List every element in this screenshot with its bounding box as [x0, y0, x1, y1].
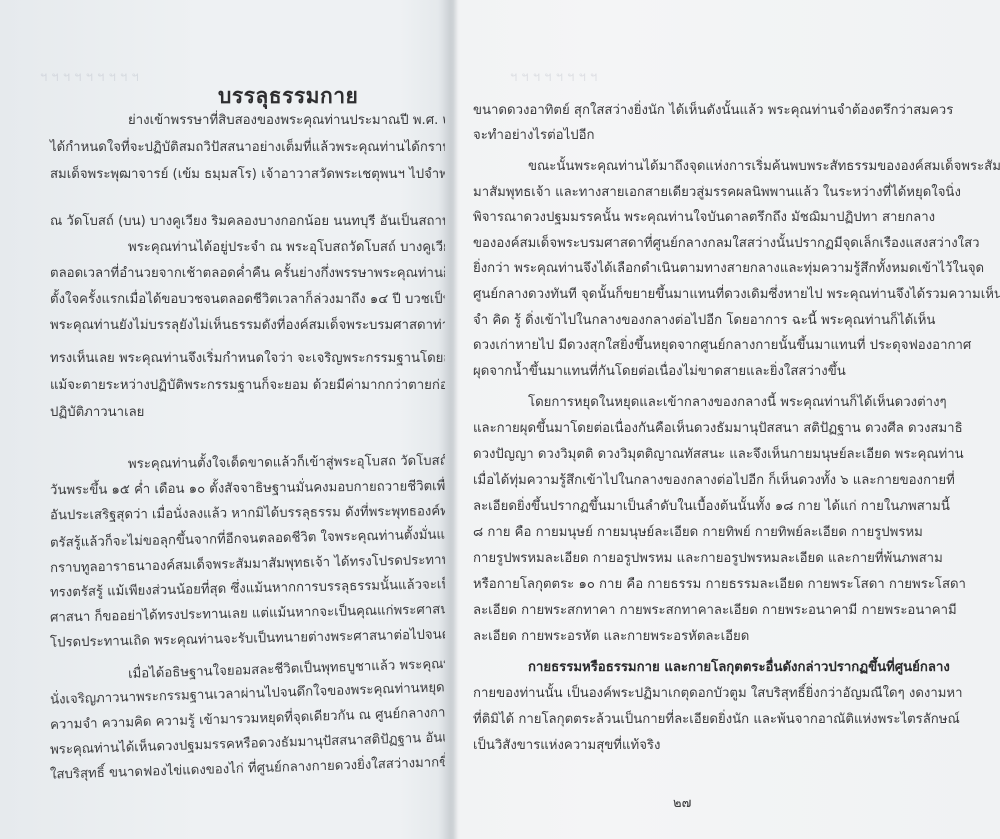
- left-page: บรรลุธรรมกาย ย่างเข้าพรรษาที่สิบสองของพร…: [0, 0, 445, 839]
- text-line: ยิ่งกว่า พระคุณท่านจึงได้เลือกดำเนินตามท…: [473, 258, 984, 280]
- text-line: จำ คิด รู้ ดิ่งเข้าไปในกลางของกลางต่อไปอ…: [473, 310, 935, 332]
- text-line: ละเอียด กายพระสกทาคา กายพระสกทาคาละเอียด…: [473, 600, 957, 622]
- chapter-title: บรรลุธรรมกาย: [218, 80, 358, 113]
- text-line: มาสัมพุทธเจ้า และทางสายเอกสายเดียวสู่มรร…: [473, 182, 961, 204]
- text-line: ดวงเก่าหายไป มีดวงสุกใสยิ่งขึ้นหยุดจากศู…: [473, 335, 971, 357]
- text-line: ศูนย์กลางดวงทันที จุดนั้นก็ขยายขึ้นมาแทน…: [473, 284, 1000, 306]
- text-line: จะทำอย่างไรต่อไปอีก: [473, 125, 595, 147]
- page-number: ๒๗: [673, 792, 691, 813]
- text-line: ผุดจากน้ำขึ้นมาแทนที่กันโดยต่อเนื่องไม่ข…: [473, 361, 846, 383]
- text-line: กายรูปพรหมละเอียด กายอรูปพรหม และกายอรูป…: [473, 548, 943, 570]
- text-line: กายของท่านนั้น เป็นองค์พระปฏิมาเกตุดอกบั…: [473, 683, 963, 705]
- text-line: โดยการหยุดในหยุดและเข้ากลางของกลางนี้ พร…: [528, 392, 947, 414]
- text-line: กายธรรมหรือธรรมกาย และกายโลกุตตระอื่นดัง…: [528, 657, 950, 679]
- text-line: ละเอียดยิ่งขึ้นปรากฏขึ้นมาเป็นลำดับในเบื…: [473, 496, 950, 518]
- text-line: ละเอียด กายพระอรหัต และกายพระอรหัตละเอีย…: [473, 626, 749, 648]
- right-page: ขนาดดวงอาทิตย์ สุกใสสว่างยิ่งนัก ได้เห็น…: [455, 0, 1000, 839]
- text-line: หรือกายโลกุตตระ ๑๐ กาย คือ กายธรรม กายธร…: [473, 574, 966, 596]
- text-line: พระคุณท่านได้อยู่ประจำ ณ พระอุโบสถวัดโบส…: [128, 237, 445, 259]
- text-line: ที่ติมิได้ กายโลกุตตระล้วนเป็นกายที่ละเอ…: [473, 709, 960, 731]
- text-line: ตั้งใจครั้งแรกเมื่อได้ขอบวชจนตลอดชีวิตเว…: [50, 289, 445, 311]
- text-line: สมเด็จพระพุฒาจารย์ (เข้ม ธมฺมสโร) เจ้าอา…: [50, 164, 445, 186]
- text-line: พิจารณาดวงปฐมมรรคนั้น พระคุณท่านใจบันดาล…: [473, 207, 935, 229]
- text-line: ตลอดเวลาที่อำนวยจากเช้าตลอดค่ำคืน ครั้นย…: [50, 263, 445, 285]
- text-line: ขนาดดวงอาทิตย์ สุกใสสว่างยิ่งนัก ได้เห็น…: [473, 100, 953, 122]
- book-spread: ฯ ฯ ฯ ฯ ฯ ฯ ฯ ฯ ฯ ฯ ฯ ฯ ฯ ฯ ฯ ฯ ฯ บรรลุธ…: [0, 0, 1000, 839]
- text-line: ดวงปัญญา ดวงวิมุตติ ดวงวิมุตติญาณทัสสนะ …: [473, 444, 964, 466]
- text-line: ได้กำหนดใจที่จะปฏิบัติสมถวิปัสสนาอย่างเต…: [50, 137, 445, 159]
- text-line: และกายผุดขึ้นมาโดยต่อเนื่องกันคือเห็นดวง…: [473, 418, 963, 440]
- text-line: ปฏิบัติภาวนาเลย: [50, 402, 144, 424]
- text-line: วันพระขึ้น ๑๕ ค่ำ เดือน ๑๐ ตั้งสัจจาธิษฐ…: [50, 476, 445, 502]
- text-line: อันประเสริฐสุดว่า เมื่อนั่งลงแล้ว หากมิไ…: [50, 501, 445, 528]
- text-line: ทรงเห็นเลย พระคุณท่านจึงเริ่มกำหนดใจว่า …: [50, 348, 445, 370]
- text-line: ๘ กาย คือ กายมนุษย์ กายมนุษย์ละเอียด กาย…: [473, 522, 923, 544]
- text-line: พระคุณท่านยังไม่บรรลุยังไม่เห็นธรรมดังที…: [50, 315, 445, 337]
- text-line: ณ วัดโบสถ์ (บน) บางคูเวียง ริมคลองบางกอก…: [50, 211, 445, 233]
- text-line: ย่างเข้าพรรษาที่สิบสองของพระคุณท่านประมา…: [128, 110, 445, 132]
- text-line: เป็นวิสังขารแห่งความสุขที่แท้จริง: [473, 735, 660, 757]
- text-line: เมื่อได้ทุ่มความรู้สึกเข้าไปในกลางของกลา…: [473, 470, 955, 492]
- text-line: ขององค์สมเด็จพระบรมศาสดาที่ศูนย์กลางกลมใ…: [473, 233, 980, 255]
- text-line: ขณะนั้นพระคุณท่านได้มาถึงจุดแห่งการเริ่ม…: [528, 156, 1000, 178]
- text-line: พระคุณท่านตั้งใจเด็ดขาดแล้วก็เข้าสู่พระอ…: [128, 450, 445, 476]
- text-line: แม้จะตายระหว่างปฏิบัติพระกรรมฐานก็จะยอม …: [50, 375, 445, 397]
